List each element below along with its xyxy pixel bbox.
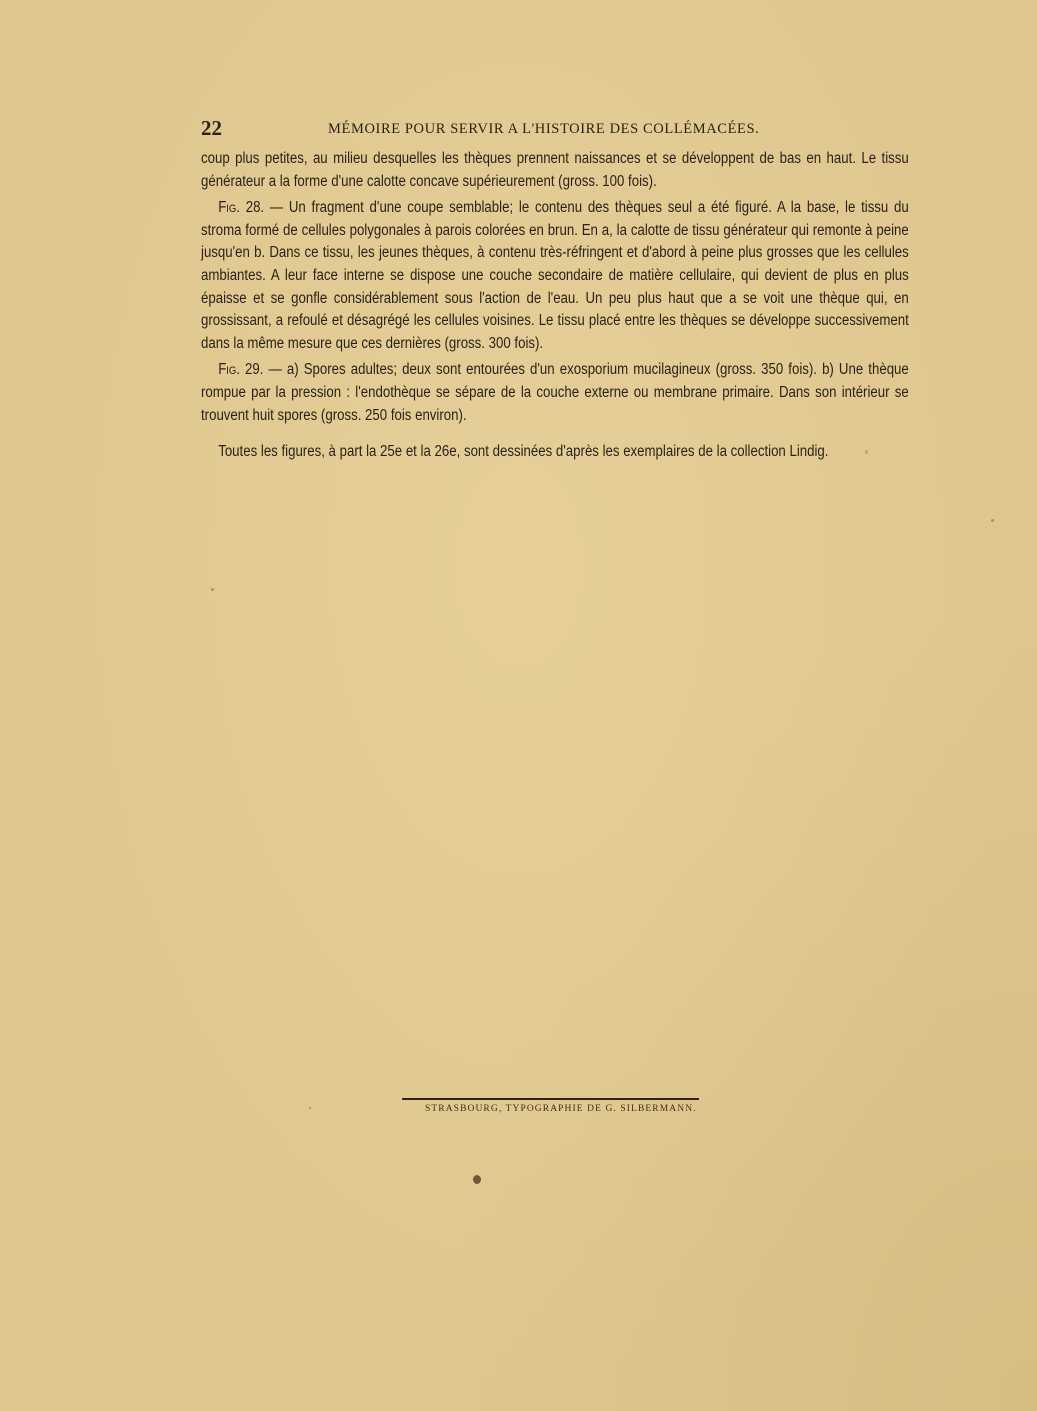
fig-29-text: — a) Spores adultes; deux sont entourées… [201,361,909,423]
imprint-rule [402,1098,699,1100]
fig-28-label: Fig. 28. [218,199,264,216]
book-page: 22 Mémoire pour servir a l'histoire des … [0,0,1037,1411]
paper-speck [991,519,994,522]
paragraph-fig-29: Fig. 29. — a) Spores adultes; deux sont … [201,359,909,427]
paragraph-closing: Toutes les figures, à part la 25e et la … [201,441,909,464]
fig-28-text: — Un fragment d'une coupe semblable; le … [201,199,909,352]
paper-speck [865,450,868,454]
ink-spot [473,1175,481,1184]
paragraph-continuation: coup plus petites, au milieu desquelles … [201,148,909,193]
page-number: 22 [201,116,222,141]
running-head: 22 Mémoire pour servir a l'histoire des … [201,116,909,142]
printer-imprint: Strasbourg, typographie de G. Silbermann… [425,1104,697,1114]
body-text: coup plus petites, au milieu desquelles … [201,148,909,464]
fig-29-label: Fig. 29. [218,361,263,378]
paper-speck [211,588,214,591]
running-title: Mémoire pour servir a l'histoire des Col… [328,121,759,138]
paper-speck [309,1107,311,1109]
paragraph-fig-28: Fig. 28. — Un fragment d'une coupe sembl… [201,197,909,355]
